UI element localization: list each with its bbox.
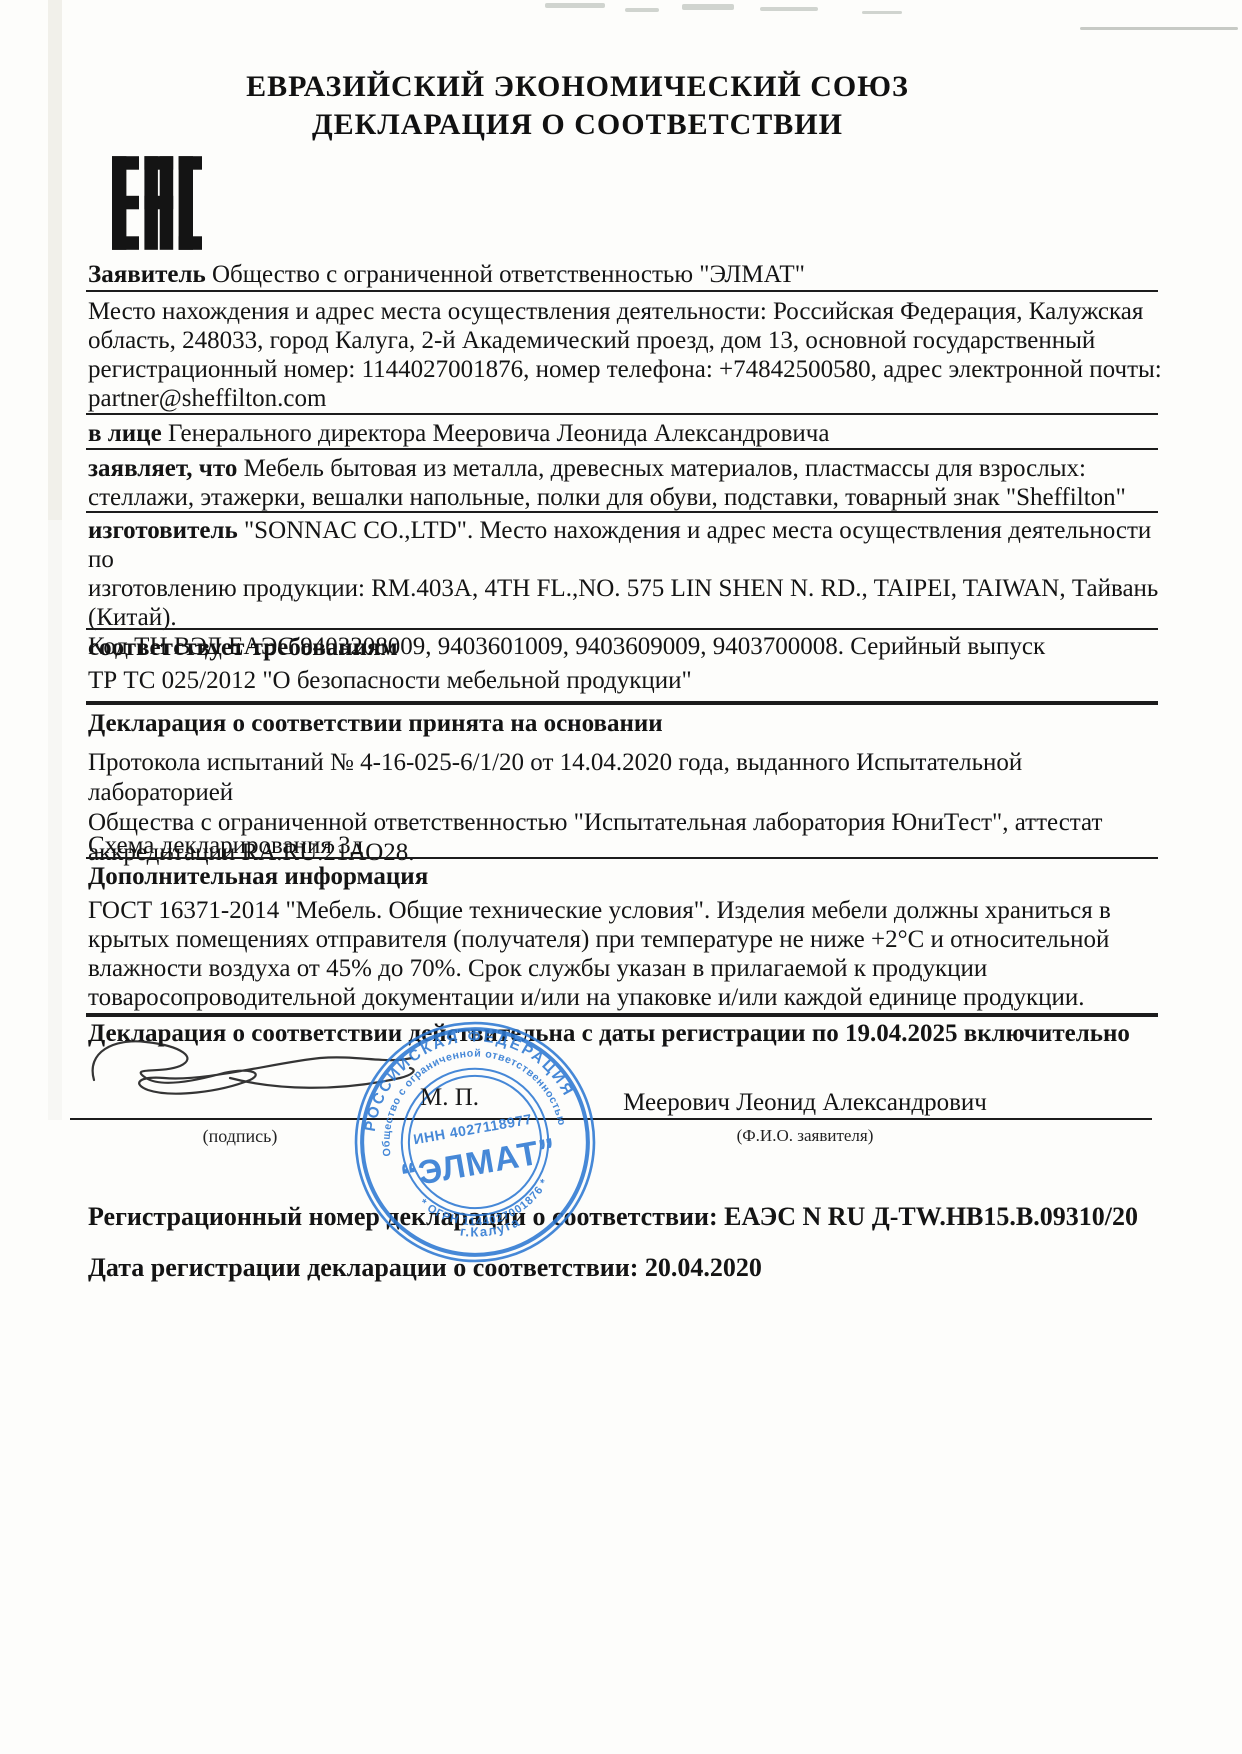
title-declaration: ДЕКЛАРАЦИЯ О СООТВЕТСТВИИ [95, 108, 1060, 142]
complies-heading: соответствует требованиям [88, 633, 1168, 662]
additional-line: товаросопроводительной документации и/ил… [88, 983, 1168, 1012]
additional-block: ГОСТ 16371-2014 "Мебель. Общие техническ… [88, 896, 1168, 1012]
additional-line: влажности воздуха от 45% до 70%. Срок сл… [88, 954, 1168, 983]
registration-number-line: Регистрационный номер декларации о соотв… [88, 1202, 1168, 1231]
scan-artifact [862, 11, 902, 14]
address-line: регистрационный номер: 1144027001876, но… [88, 355, 1168, 384]
eac-mark-logo [112, 156, 202, 250]
in-person-row: в лице Генерального директора Мееровича … [88, 419, 1168, 448]
divider [86, 857, 1158, 859]
stamp-graphic: РОССИЙСКАЯ ФЕДЕРАЦИЯ г.Калуга Общество с… [334, 1001, 617, 1284]
divider [86, 290, 1158, 292]
divider [86, 448, 1158, 450]
applicant-value: Общество с ограниченной ответственностью… [212, 261, 805, 288]
address-line: Место нахождения и адрес места осуществл… [88, 297, 1168, 326]
divider [86, 511, 1158, 513]
additional-line: ГОСТ 16371-2014 "Мебель. Общие техническ… [88, 896, 1168, 925]
basis-line: Протокола испытаний № 4-16-025-6/1/20 от… [88, 748, 1168, 808]
additional-heading: Дополнительная информация [88, 862, 1168, 891]
scan-artifact [760, 7, 818, 11]
declares-block: заявляет, что Мебель бытовая из металла,… [88, 454, 1168, 512]
scan-edge-band [48, 0, 62, 520]
title-union: ЕВРАЗИЙСКИЙ ЭКОНОМИЧЕСКИЙ СОЮЗ [95, 70, 1060, 104]
scan-artifact [625, 8, 659, 12]
declaration-page: ЕВРАЗИЙСКИЙ ЭКОНОМИЧЕСКИЙ СОЮЗ ДЕКЛАРАЦИ… [0, 0, 1242, 1754]
complies-value: ТР ТС 025/2012 "О безопасности мебельной… [88, 666, 1168, 695]
declares-line: стеллажи, этажерки, вешалки напольные, п… [88, 483, 1168, 512]
manufacturer-line: изготовлению продукции: RM.403A, 4TH FL.… [88, 574, 1168, 603]
in-person-label: в лице [88, 420, 162, 447]
address-line: partner@sheffilton.com [88, 384, 1168, 413]
divider-thick [86, 701, 1158, 705]
applicant-label: Заявитель [88, 261, 206, 288]
registration-date-line: Дата регистрации декларации о соответств… [88, 1253, 1168, 1282]
address-line: область, 248033, город Калуга, 2-й Акаде… [88, 326, 1168, 355]
signature-caption: (подпись) [130, 1126, 350, 1147]
scan-artifact [1080, 27, 1238, 30]
declares-line: заявляет, что Мебель бытовая из металла,… [88, 454, 1168, 483]
manufacturer-label: изготовитель [88, 517, 238, 544]
in-person-value: Генерального директора Мееровича Леонида… [168, 420, 830, 447]
stamp-place-caption: М. П. [420, 1084, 530, 1112]
fio-caption: (Ф.И.О. заявителя) [685, 1126, 925, 1146]
applicant-fio: Меерович Леонид Александрович [600, 1088, 1010, 1117]
applicant-row: Заявитель Общество с ограниченной ответс… [88, 260, 1168, 289]
divider [86, 413, 1158, 415]
scheme-line: Схема декларирования 3д [88, 831, 1168, 860]
scan-edge-band [48, 520, 62, 1120]
divider-thick [86, 1013, 1158, 1017]
scan-artifact [545, 3, 605, 8]
basis-heading: Декларация о соответствии принята на осн… [88, 709, 1168, 738]
company-stamp: РОССИЙСКАЯ ФЕДЕРАЦИЯ г.Калуга Общество с… [334, 1001, 617, 1284]
divider [86, 628, 1158, 630]
additional-line: крытых помещениях отправителя (получател… [88, 925, 1168, 954]
address-block: Место нахождения и адрес места осуществл… [88, 297, 1168, 413]
scan-artifact [682, 4, 734, 10]
declares-label: заявляет, что [88, 455, 237, 482]
manufacturer-line: изготовитель "SONNAC CO.,LTD". Место нах… [88, 516, 1168, 574]
